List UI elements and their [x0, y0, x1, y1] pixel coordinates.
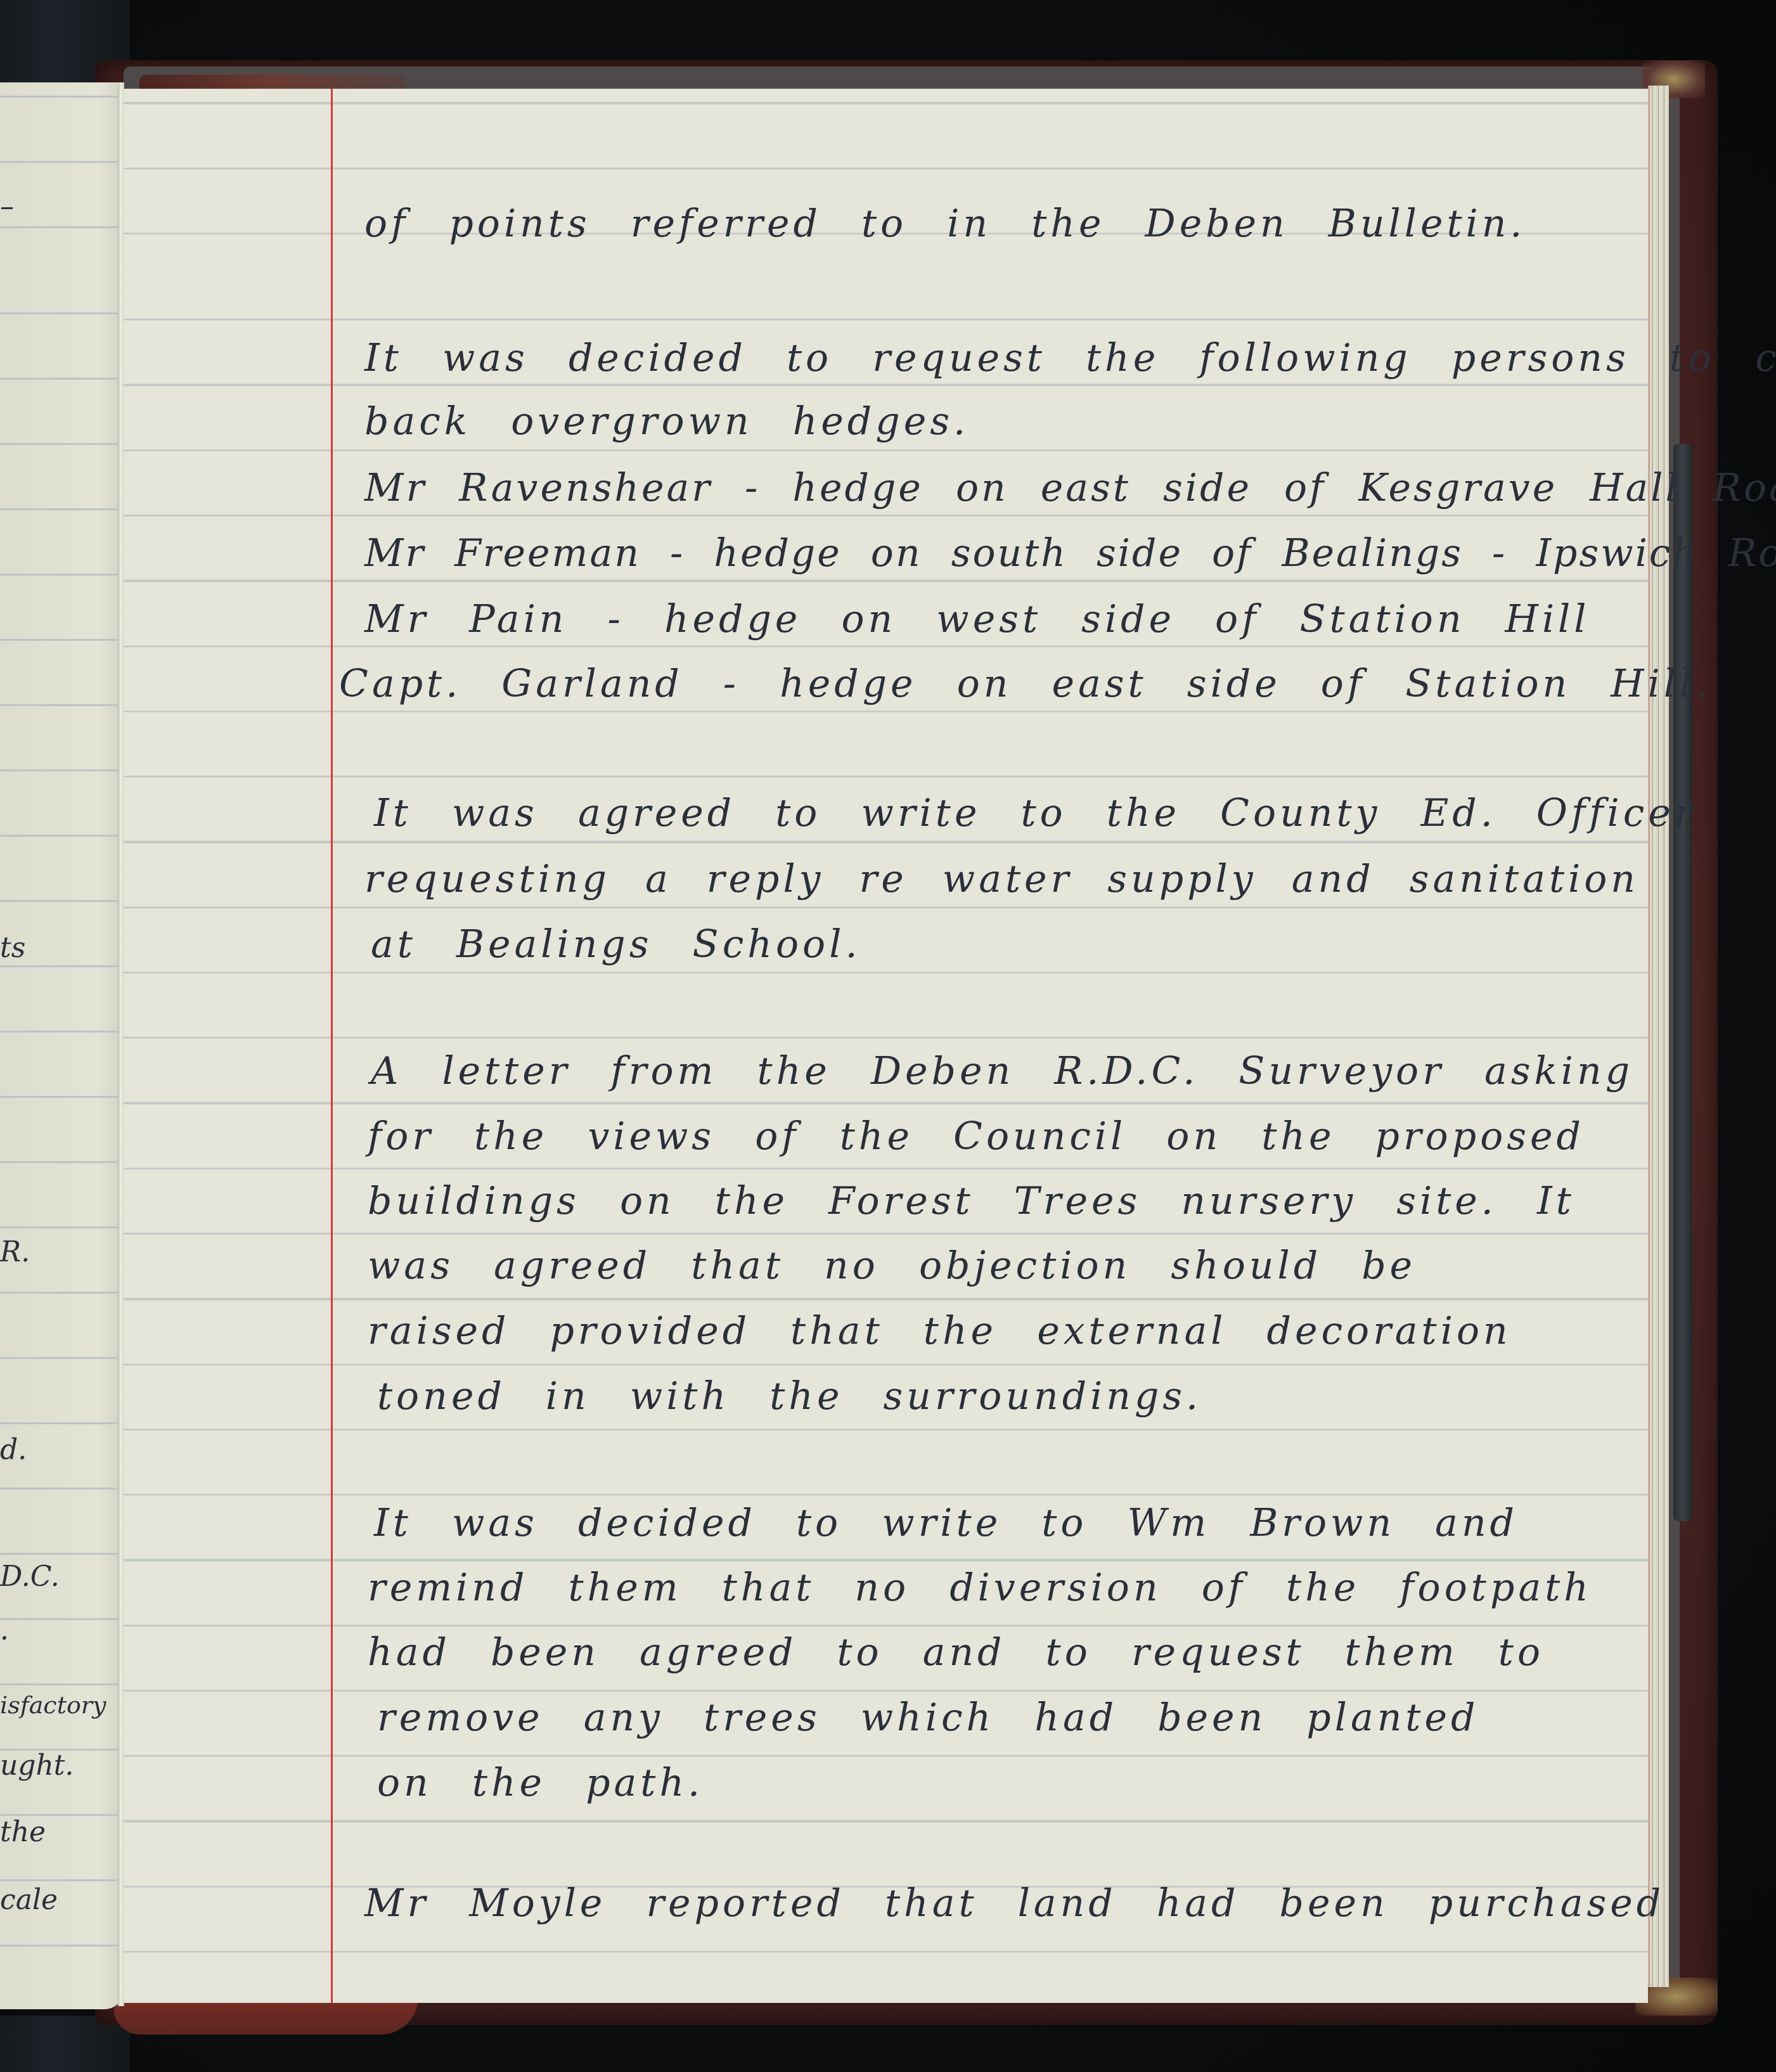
text-line: Mr Pain - hedge on west side of Station … [364, 597, 1590, 641]
text-line: requesting a reply re water supply and s… [364, 857, 1639, 901]
text-line: was agreed that no objection should be [368, 1244, 1416, 1288]
margin-fragment: ught. [0, 1749, 74, 1782]
text-line: Mr Ravenshear - hedge on east side of Ke… [364, 466, 1776, 510]
margin-fragment: ts [0, 932, 25, 964]
text-line: Capt. Garland - hedge on east side of St… [339, 662, 1711, 706]
margin-fragment: isfactory [0, 1691, 106, 1719]
text-line: toned in with the surroundings. [377, 1374, 1202, 1419]
margin-fragment: – [0, 190, 14, 222]
text-line: raised provided that the external decora… [368, 1309, 1512, 1353]
text-line: at Bealings School. [371, 922, 861, 967]
text-line: remind them that no diversion of the foo… [368, 1566, 1592, 1610]
text-line: It was decided to write to Wm Brown and [374, 1501, 1518, 1545]
text-line: remove any trees which had been planted [377, 1696, 1479, 1740]
margin-fragment: the [0, 1816, 46, 1848]
book-clasp-strap [1673, 444, 1692, 1521]
margin-fragment: R. [0, 1236, 30, 1268]
margin-fragment: D.C. [0, 1560, 60, 1593]
text-line: of points referred to in the Deben Bulle… [364, 202, 1526, 246]
text-line: on the path. [377, 1761, 704, 1805]
margin-fragment: d. [0, 1434, 27, 1466]
margin-rule [331, 89, 333, 2003]
text-line: for the views of the Council on the prop… [368, 1114, 1585, 1159]
text-line: buildings on the Forest Trees nursery si… [368, 1179, 1575, 1223]
text-line: Mr Freeman - hedge on south side of Beal… [364, 531, 1776, 576]
margin-fragment: · [0, 1623, 9, 1655]
text-line: It was decided to request the following … [364, 336, 1776, 380]
text-line: It was agreed to write to the County Ed.… [374, 791, 1696, 835]
text-line: back overgrown hedges. [364, 399, 969, 444]
text-line: Mr Moyle reported that land had been pur… [364, 1881, 1664, 1926]
margin-fragment: cale [0, 1884, 58, 1916]
text-line: had been agreed to and to request them t… [368, 1630, 1544, 1675]
text-line: A letter from the Deben R.D.C. Surveyor … [371, 1049, 1633, 1093]
